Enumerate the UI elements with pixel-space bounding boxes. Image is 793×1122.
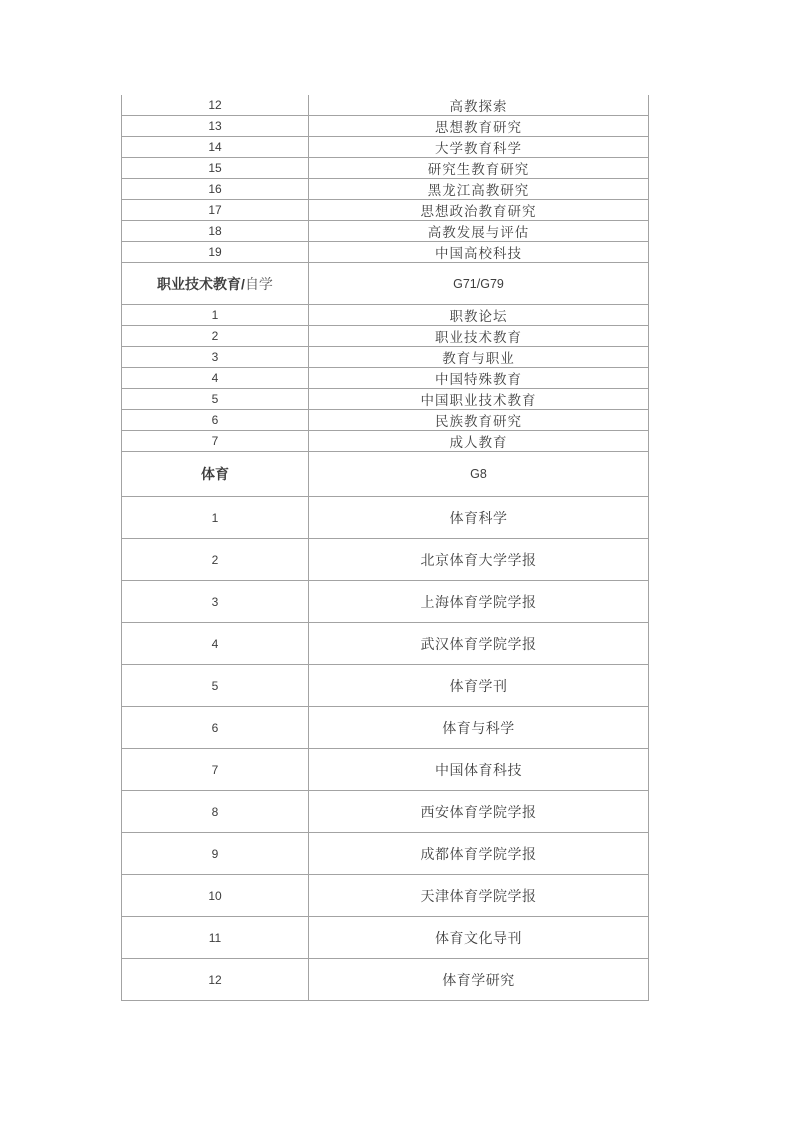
journal-name: 上海体育学院学报 <box>421 592 537 612</box>
journal-name: 体育学刊 <box>450 676 508 696</box>
row-number-cell: 19 <box>122 242 309 262</box>
journal-name: 大学教育科学 <box>435 137 522 157</box>
row-number-cell: 7 <box>122 431 309 451</box>
row-number-cell: 11 <box>122 917 309 958</box>
table-row: 6民族教育研究 <box>122 410 648 431</box>
journal-name: 职业技术教育 <box>435 326 522 346</box>
section-header-row: 体育G8 <box>122 452 648 497</box>
journal-name-cell: 体育文化导刊 <box>309 917 648 958</box>
journal-name-cell: 教育与职业 <box>309 347 648 367</box>
table-row: 5中国职业技术教育 <box>122 389 648 410</box>
journal-name-cell: 中国特殊教育 <box>309 368 648 388</box>
table-row: 1职教论坛 <box>122 305 648 326</box>
journal-name-cell: 体育学研究 <box>309 959 648 1000</box>
table-row: 2职业技术教育 <box>122 326 648 347</box>
journal-name-cell: 体育与科学 <box>309 707 648 748</box>
journal-name: 中国体育科技 <box>435 760 522 780</box>
journal-name: 中国高校科技 <box>435 242 522 262</box>
row-number-cell: 3 <box>122 347 309 367</box>
row-number-cell: 8 <box>122 791 309 832</box>
journal-name: 武汉体育学院学报 <box>421 634 537 654</box>
row-number: 18 <box>208 224 221 238</box>
journal-name: 思想政治教育研究 <box>421 200 537 220</box>
section-title: 职业技术教育/ <box>157 274 245 294</box>
table-row: 10天津体育学院学报 <box>122 875 648 917</box>
journal-name-cell: 研究生教育研究 <box>309 158 648 178</box>
row-number-cell: 2 <box>122 326 309 346</box>
row-number: 13 <box>208 119 221 133</box>
row-number-cell: 14 <box>122 137 309 157</box>
journal-name: 高教探索 <box>450 95 508 115</box>
journal-name-cell: 职教论坛 <box>309 305 648 325</box>
row-number-cell: 9 <box>122 833 309 874</box>
row-number: 19 <box>208 245 221 259</box>
journal-name: 天津体育学院学报 <box>421 886 537 906</box>
journal-name-cell: 上海体育学院学报 <box>309 581 648 622</box>
row-number: 5 <box>212 392 219 406</box>
table-row: 5体育学刊 <box>122 665 648 707</box>
journal-name-cell: 民族教育研究 <box>309 410 648 430</box>
table-row: 8西安体育学院学报 <box>122 791 648 833</box>
row-number-cell: 4 <box>122 623 309 664</box>
journal-name: 体育科学 <box>450 508 508 528</box>
table-row: 19中国高校科技 <box>122 242 648 263</box>
row-number: 2 <box>212 553 219 567</box>
row-number: 7 <box>212 763 219 777</box>
journal-name-cell: 体育学刊 <box>309 665 648 706</box>
row-number-cell: 6 <box>122 707 309 748</box>
table-row: 11体育文化导刊 <box>122 917 648 959</box>
table-row: 6体育与科学 <box>122 707 648 749</box>
row-number: 3 <box>212 595 219 609</box>
journal-name-cell: 体育科学 <box>309 497 648 538</box>
journal-name: 中国职业技术教育 <box>421 389 537 409</box>
section-header-row: 职业技术教育/自学G71/G79 <box>122 263 648 305</box>
row-number-cell: 6 <box>122 410 309 430</box>
row-number-cell: 5 <box>122 665 309 706</box>
row-number-cell: 17 <box>122 200 309 220</box>
row-number: 16 <box>208 182 221 196</box>
journal-name-cell: 职业技术教育 <box>309 326 648 346</box>
journal-name-cell: 武汉体育学院学报 <box>309 623 648 664</box>
journal-name: 教育与职业 <box>442 347 515 367</box>
row-number-cell: 4 <box>122 368 309 388</box>
table-row: 15研究生教育研究 <box>122 158 648 179</box>
row-number: 4 <box>212 637 219 651</box>
row-number-cell: 18 <box>122 221 309 241</box>
journal-name: 思想教育研究 <box>435 116 522 136</box>
row-number: 6 <box>212 721 219 735</box>
journal-name: 研究生教育研究 <box>428 158 530 178</box>
journal-table: 12高教探索13思想教育研究14大学教育科学15研究生教育研究16黑龙江高教研究… <box>121 95 649 1001</box>
table-row: 3上海体育学院学报 <box>122 581 648 623</box>
journal-name-cell: 成都体育学院学报 <box>309 833 648 874</box>
row-number: 4 <box>212 371 219 385</box>
table-row: 4中国特殊教育 <box>122 368 648 389</box>
row-number: 14 <box>208 140 221 154</box>
section-code: G71/G79 <box>453 277 504 291</box>
row-number: 10 <box>208 889 221 903</box>
table-row: 13思想教育研究 <box>122 116 648 137</box>
table-row: 18高教发展与评估 <box>122 221 648 242</box>
section-code: G8 <box>470 467 487 481</box>
row-number: 9 <box>212 847 219 861</box>
row-number-cell: 13 <box>122 116 309 136</box>
journal-name: 成都体育学院学报 <box>421 844 537 864</box>
journal-name: 体育文化导刊 <box>435 928 522 948</box>
journal-name: 中国特殊教育 <box>435 368 522 388</box>
row-number-cell: 16 <box>122 179 309 199</box>
table-row: 14大学教育科学 <box>122 137 648 158</box>
row-number-cell: 1 <box>122 305 309 325</box>
journal-name-cell: 大学教育科学 <box>309 137 648 157</box>
section-title-cell: 职业技术教育/自学 <box>122 263 309 304</box>
row-number-cell: 2 <box>122 539 309 580</box>
table-row: 12体育学研究 <box>122 959 648 1001</box>
table-row: 16黑龙江高教研究 <box>122 179 648 200</box>
journal-name-cell: 中国体育科技 <box>309 749 648 790</box>
table-row: 7成人教育 <box>122 431 648 452</box>
row-number-cell: 7 <box>122 749 309 790</box>
journal-name: 北京体育大学学报 <box>421 550 537 570</box>
table-row: 12高教探索 <box>122 95 648 116</box>
row-number: 17 <box>208 203 221 217</box>
section-title-suffix: 自学 <box>245 274 273 294</box>
journal-name: 民族教育研究 <box>435 410 522 430</box>
journal-name-cell: 高教发展与评估 <box>309 221 648 241</box>
table-row: 4武汉体育学院学报 <box>122 623 648 665</box>
row-number: 1 <box>212 308 219 322</box>
row-number: 6 <box>212 413 219 427</box>
row-number: 7 <box>212 434 219 448</box>
journal-name-cell: 思想政治教育研究 <box>309 200 648 220</box>
row-number-cell: 15 <box>122 158 309 178</box>
journal-name: 成人教育 <box>450 431 508 451</box>
journal-name-cell: 高教探索 <box>309 95 648 115</box>
row-number-cell: 3 <box>122 581 309 622</box>
table-row: 9成都体育学院学报 <box>122 833 648 875</box>
row-number: 2 <box>212 329 219 343</box>
section-code-cell: G8 <box>309 452 648 496</box>
journal-name-cell: 天津体育学院学报 <box>309 875 648 916</box>
row-number-cell: 12 <box>122 95 309 115</box>
section-code-cell: G71/G79 <box>309 263 648 304</box>
journal-name: 体育学研究 <box>442 970 515 990</box>
section-title-cell: 体育 <box>122 452 309 496</box>
table-row: 1体育科学 <box>122 497 648 539</box>
journal-name-cell: 思想教育研究 <box>309 116 648 136</box>
table-row: 7中国体育科技 <box>122 749 648 791</box>
journal-name-cell: 西安体育学院学报 <box>309 791 648 832</box>
journal-name-cell: 黑龙江高教研究 <box>309 179 648 199</box>
table-row: 17思想政治教育研究 <box>122 200 648 221</box>
row-number: 11 <box>209 931 221 945</box>
journal-name: 职教论坛 <box>450 305 508 325</box>
journal-name-cell: 中国高校科技 <box>309 242 648 262</box>
row-number-cell: 1 <box>122 497 309 538</box>
journal-name-cell: 北京体育大学学报 <box>309 539 648 580</box>
journal-name: 西安体育学院学报 <box>421 802 537 822</box>
journal-name: 高教发展与评估 <box>428 221 530 241</box>
journal-name-cell: 中国职业技术教育 <box>309 389 648 409</box>
section-title: 体育 <box>201 464 229 484</box>
row-number-cell: 5 <box>122 389 309 409</box>
row-number: 15 <box>208 161 221 175</box>
row-number-cell: 10 <box>122 875 309 916</box>
row-number-cell: 12 <box>122 959 309 1000</box>
document-page: { "document": { "background": "#ffffff",… <box>0 0 793 1122</box>
journal-name: 体育与科学 <box>442 718 515 738</box>
row-number: 3 <box>212 350 219 364</box>
row-number: 12 <box>208 98 221 112</box>
table-row: 2北京体育大学学报 <box>122 539 648 581</box>
row-number: 5 <box>212 679 219 693</box>
row-number: 8 <box>212 805 219 819</box>
row-number: 12 <box>208 973 221 987</box>
table-row: 3教育与职业 <box>122 347 648 368</box>
row-number: 1 <box>212 511 219 525</box>
journal-name-cell: 成人教育 <box>309 431 648 451</box>
journal-name: 黑龙江高教研究 <box>428 179 530 199</box>
